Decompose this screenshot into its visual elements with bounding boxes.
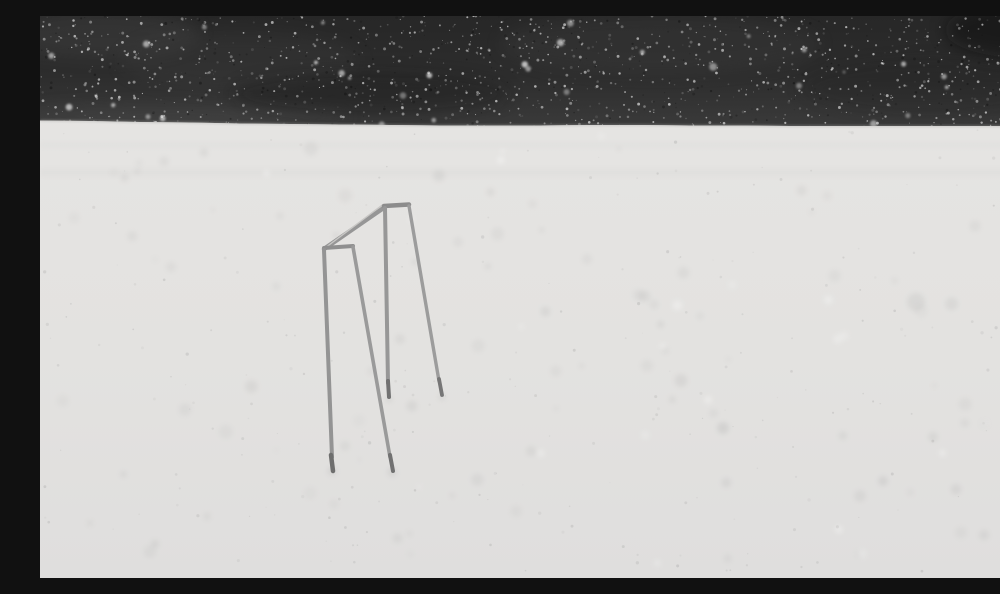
goal-front-right-post-tip xyxy=(388,381,389,397)
snow-field-photograph xyxy=(40,16,1000,578)
hedge-band xyxy=(40,16,1000,129)
goal-front-left-post-tip xyxy=(331,455,333,471)
snow-scene xyxy=(40,16,1000,578)
goal-left-corner-bar xyxy=(324,246,353,248)
goal-right-corner-bar xyxy=(384,205,409,207)
